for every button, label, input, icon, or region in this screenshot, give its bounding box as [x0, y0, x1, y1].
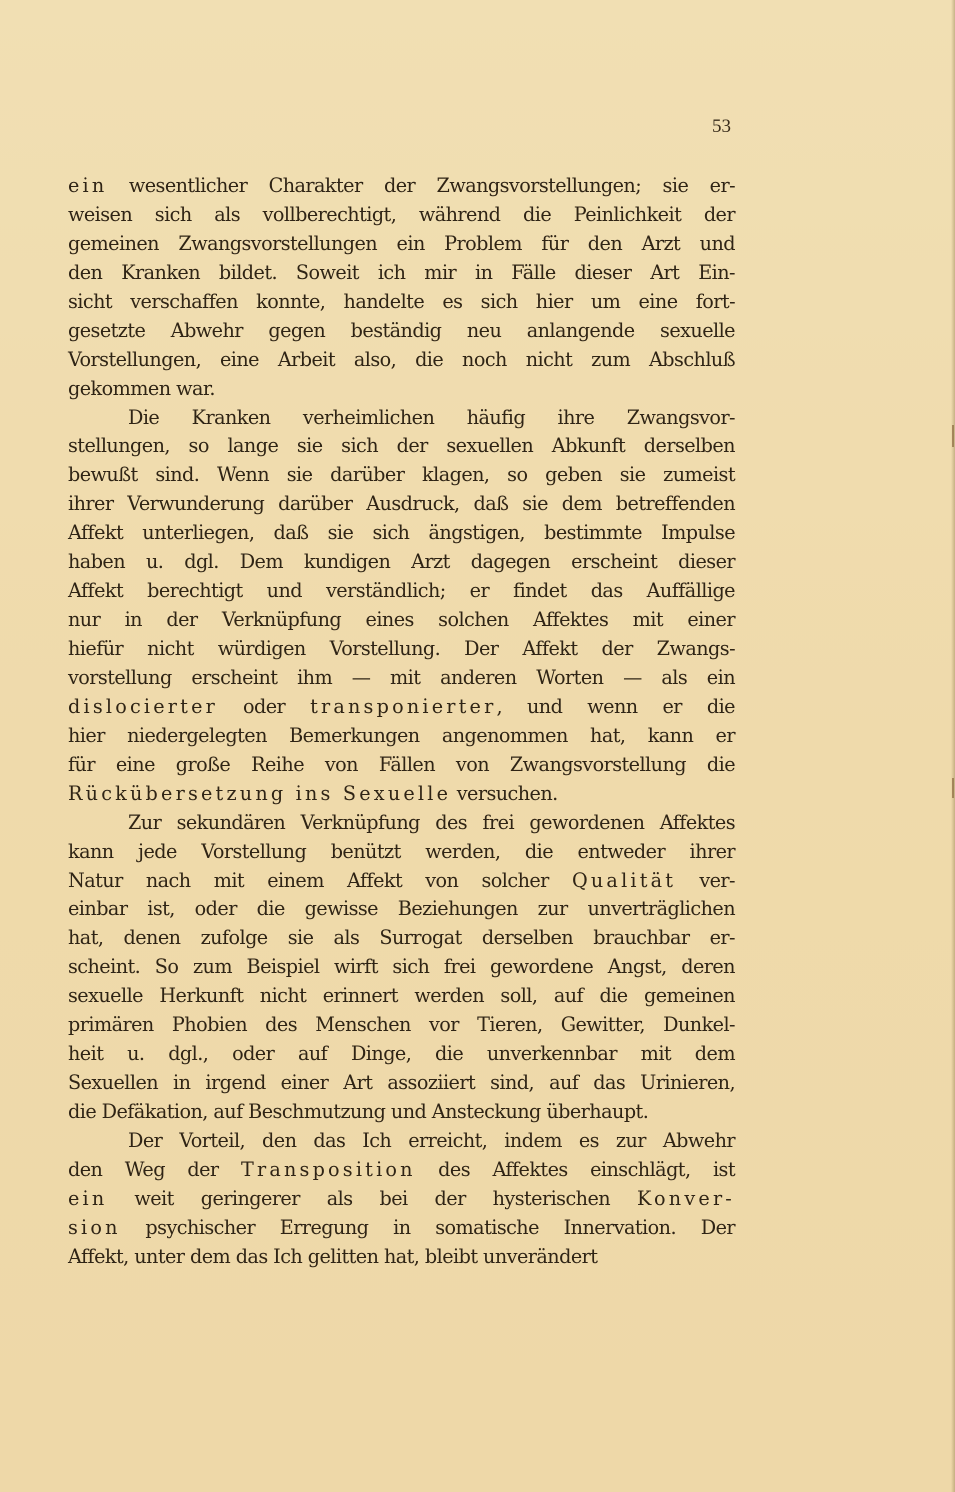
- text-line: dislocierter oder transponierter, und we…: [68, 693, 735, 722]
- text-line: Der Vorteil, den das Ich erreicht, indem…: [68, 1127, 735, 1156]
- scan-mark: [952, 778, 954, 798]
- text-line: einbar ist, oder die gewisse Beziehungen…: [68, 895, 735, 924]
- page-number: 53: [712, 116, 731, 138]
- text-line: Zur sekundären Verknüpfung des frei gewo…: [68, 809, 735, 838]
- book-page: 53 ein wesentlicher Charakter der Zwangs…: [0, 0, 955, 1492]
- text-line: gesetzte Abwehr gegen beständig neu anla…: [68, 317, 735, 346]
- text-line: sexuelle Herkunft nicht erinnert werden …: [68, 982, 735, 1011]
- text-line: ein wesentlicher Charakter der Zwangsvor…: [68, 172, 735, 201]
- text-line: für eine große Reihe von Fällen von Zwan…: [68, 751, 735, 780]
- text-line: bewußt sind. Wenn sie darüber klagen, so…: [68, 461, 735, 490]
- emphasis-spaced: transponierter: [310, 695, 496, 718]
- emphasis-spaced: Transposition: [241, 1158, 416, 1181]
- text-line: primären Phobien des Menschen vor Tieren…: [68, 1011, 735, 1040]
- text-line: ihrer Verwunderung darüber Ausdruck, daß…: [68, 490, 735, 519]
- text-line: stellungen, so lange sie sich der sexuel…: [68, 432, 735, 461]
- text-line: gekommen war.: [68, 375, 735, 404]
- text-line: haben u. dgl. Dem kundigen Arzt dagegen …: [68, 548, 735, 577]
- paragraph: Zur sekundären Verknüpfung des frei gewo…: [68, 809, 735, 1127]
- text-line: Affekt berechtigt und verständlich; er f…: [68, 577, 735, 606]
- scan-mark: [952, 425, 954, 447]
- text-line: den Kranken bildet. Soweit ich mir in Fä…: [68, 259, 735, 288]
- text-line: die Defäkation, auf Beschmutzung und Ans…: [68, 1098, 735, 1127]
- text-line: weisen sich als vollberechtigt, während …: [68, 201, 735, 230]
- body-text: ein wesentlicher Charakter der Zwangsvor…: [68, 172, 735, 1272]
- text-line: Affekt unterliegen, daß sie sich ängstig…: [68, 519, 735, 548]
- text-line: heit u. dgl., oder auf Dinge, die unverk…: [68, 1040, 735, 1069]
- text-line: hier niedergelegten Bemerkungen angenomm…: [68, 722, 735, 751]
- emphasis-spaced: Qualität: [572, 869, 676, 892]
- text-line: scheint. So zum Beispiel wirft sich frei…: [68, 953, 735, 982]
- page-edge-shadow: [951, 0, 955, 1492]
- text-line: sion psychischer Erregung in somatische …: [68, 1214, 735, 1243]
- emphasis-spaced: sion: [68, 1216, 121, 1239]
- paragraph: ein wesentlicher Charakter der Zwangsvor…: [68, 172, 735, 404]
- text-line: hiefür nicht würdigen Vorstellung. Der A…: [68, 635, 735, 664]
- text-line: kann jede Vorstellung benützt werden, di…: [68, 838, 735, 867]
- text-line: Natur nach mit einem Affekt von solcher …: [68, 867, 735, 896]
- emphasis-spaced: Rückübersetzung ins Sexuelle: [68, 782, 451, 805]
- emphasis-spaced: Konver-: [637, 1187, 735, 1210]
- text-line: den Weg der Transposition des Affektes e…: [68, 1156, 735, 1185]
- text-line: gemeinen Zwangsvorstellungen ein Problem…: [68, 230, 735, 259]
- text-line: sicht verschaffen konnte, handelte es si…: [68, 288, 735, 317]
- text-line: Affekt, unter dem das Ich gelitten hat, …: [68, 1243, 735, 1272]
- text-line: Vorstellungen, eine Arbeit also, die noc…: [68, 346, 735, 375]
- text-line: hat, denen zufolge sie als Surrogat ders…: [68, 924, 735, 953]
- text-line: nur in der Verknüpfung eines solchen Aff…: [68, 606, 735, 635]
- text-line: Rückübersetzung ins Sexuelle versuchen.: [68, 780, 735, 809]
- text-line: ein weit geringerer als bei der hysteris…: [68, 1185, 735, 1214]
- emphasis-spaced: ein: [68, 174, 107, 197]
- emphasis-spaced: ein: [68, 1187, 107, 1210]
- paragraph: Die Kranken verheimlichen häufig ihre Zw…: [68, 404, 735, 809]
- text-line: Die Kranken verheimlichen häufig ihre Zw…: [68, 404, 735, 433]
- text-line: vorstellung erscheint ihm — mit anderen …: [68, 664, 735, 693]
- text-line: Sexuellen in irgend einer Art assoziiert…: [68, 1069, 735, 1098]
- emphasis-spaced: dislocierter: [68, 695, 218, 718]
- paragraph: Der Vorteil, den das Ich erreicht, indem…: [68, 1127, 735, 1272]
